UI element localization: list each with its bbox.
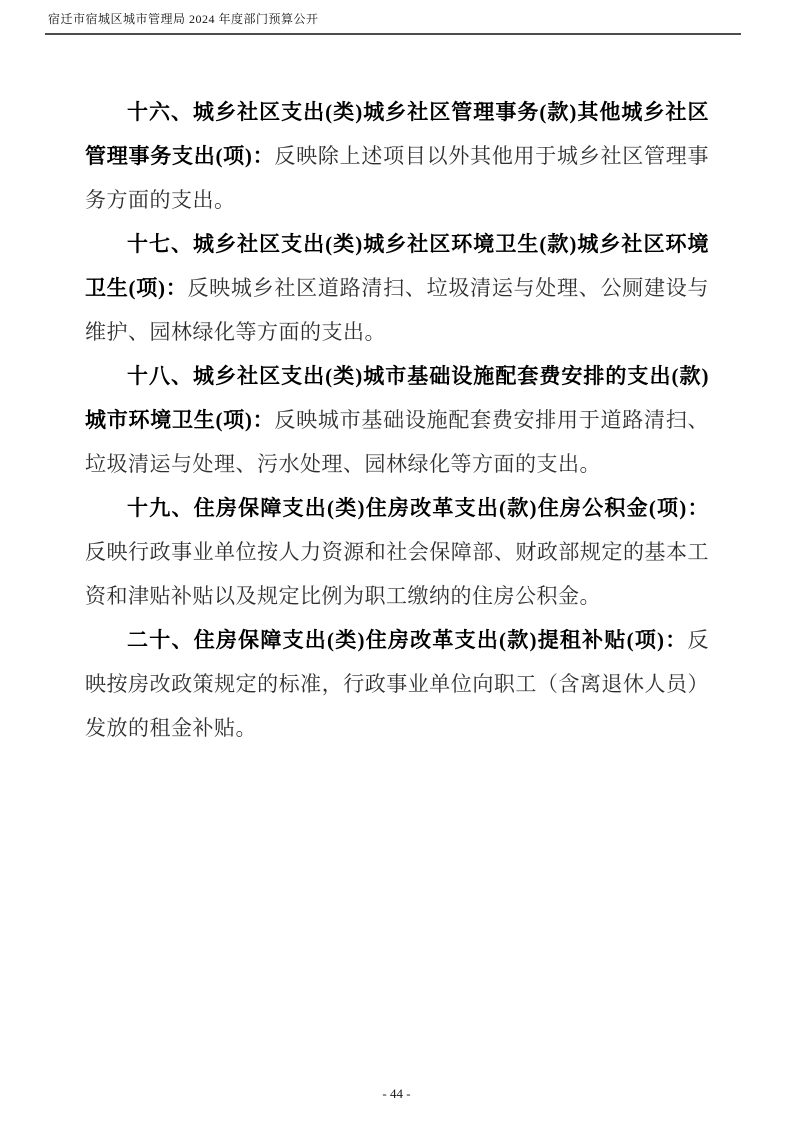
paragraph: 十八、城乡社区支出(类)城市基础设施配套费安排的支出(款)城市环境卫生(项)：反… [85,354,709,486]
paragraph: 十九、住房保障支出(类)住房改革支出(款)住房公积金(项)：反映行政事业单位按人… [85,486,709,618]
page-number: - 44 - [382,1086,410,1101]
document-body: 十六、城乡社区支出(类)城乡社区管理事务(款)其他城乡社区管理事务支出(项)：反… [85,90,709,750]
paragraph: 十七、城乡社区支出(类)城乡社区环境卫生(款)城乡社区环境卫生(项)：反映城乡社… [85,222,709,354]
header-title: 宿迁市宿城区城市管理局 2024 年度部门预算公开 [45,12,319,26]
paragraph-body: 反映行政事业单位按人力资源和社会保障部、财政部规定的基本工资和津贴补贴以及规定比… [85,540,709,608]
paragraph: 十六、城乡社区支出(类)城乡社区管理事务(款)其他城乡社区管理事务支出(项)：反… [85,90,709,222]
paragraph: 二十、住房保障支出(类)住房改革支出(款)提租补贴(项)：反映按房改政策规定的标… [85,618,709,750]
page-footer: - 44 - [0,1086,793,1102]
page-header: 宿迁市宿城区城市管理局 2024 年度部门预算公开 [45,10,741,35]
paragraph-lead: 二十、住房保障支出(类)住房改革支出(款)提租补贴(项)： [127,628,688,652]
paragraph-lead: 十九、住房保障支出(类)住房改革支出(款)住房公积金(项)： [127,496,709,520]
document-page: 宿迁市宿城区城市管理局 2024 年度部门预算公开 十六、城乡社区支出(类)城乡… [0,0,793,1122]
